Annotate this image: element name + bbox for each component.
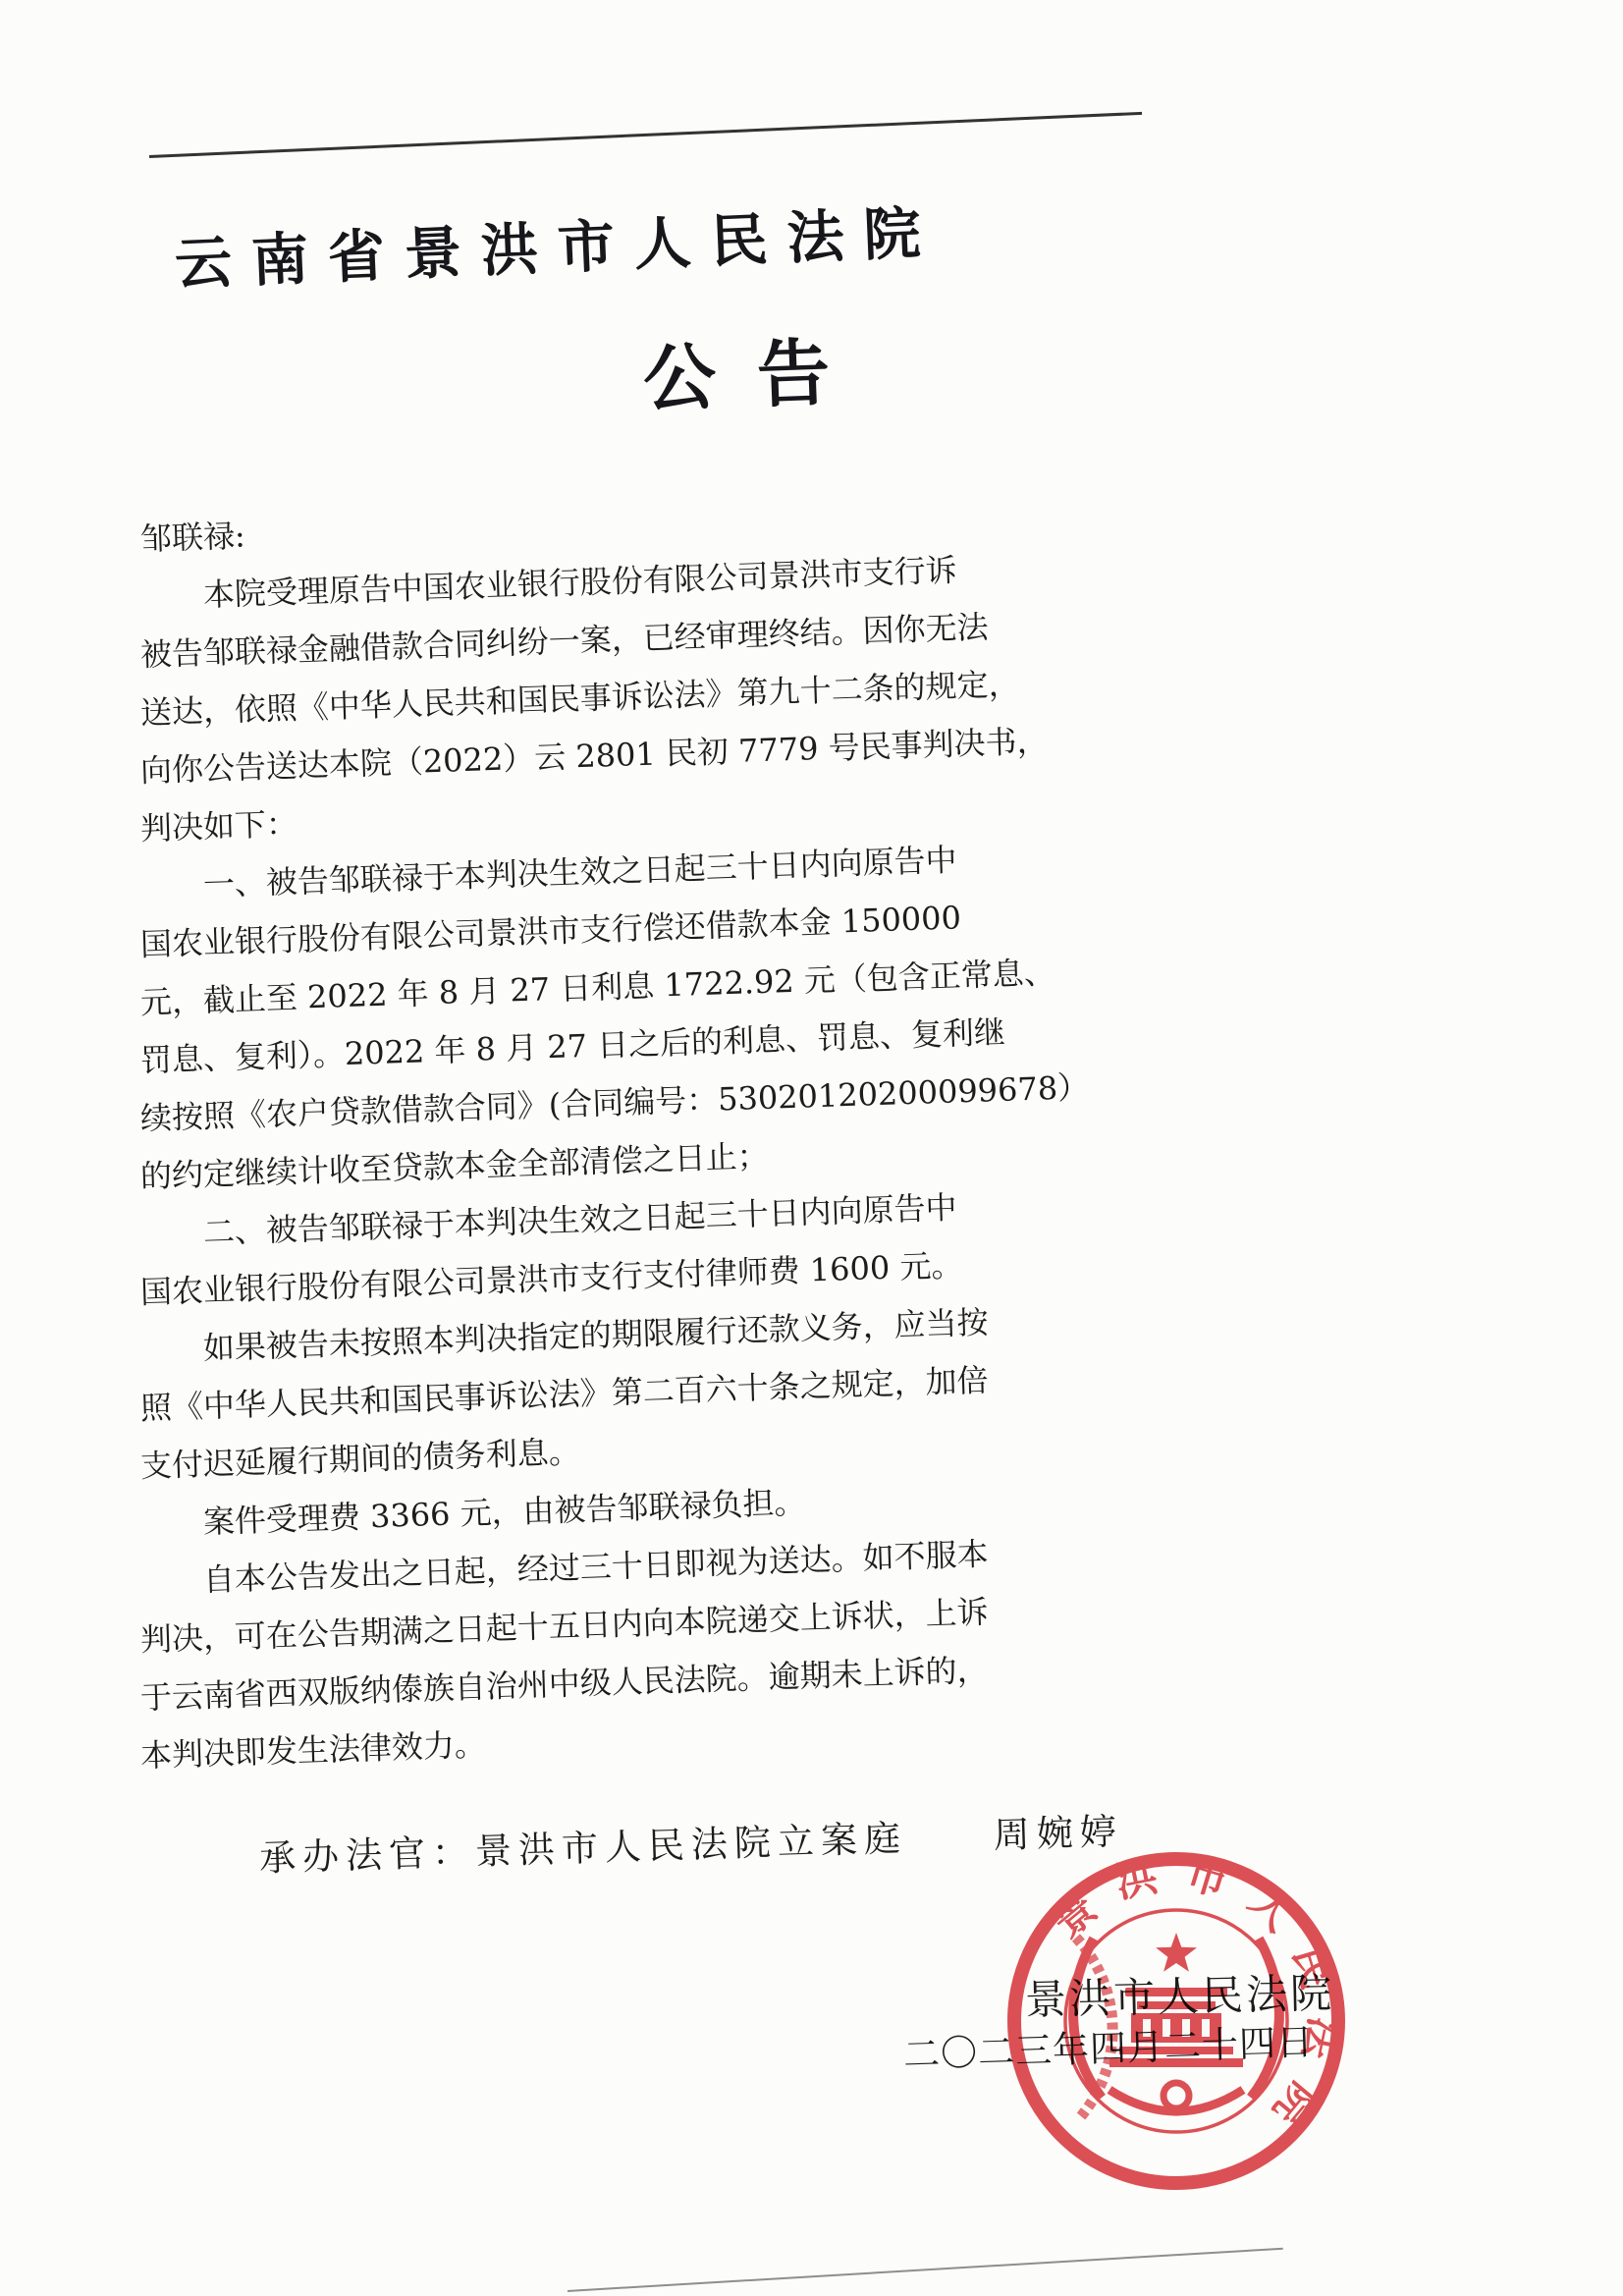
header-rule <box>149 112 1142 158</box>
scanned-court-announcement: 云南省景洪市人民法院 公告 邹联禄: 本院受理原告中国农业银行股份有限公司景洪市… <box>0 0 1623 2296</box>
notice-title: 公告 <box>641 314 873 426</box>
announcement-body: 邹联禄: 本院受理原告中国农业银行股份有限公司景洪市支行诉被告邹联禄金融借款合同… <box>140 511 1004 1785</box>
body-lines: 本院受理原告中国农业银行股份有限公司景洪市支行诉被告邹联禄金融借款合同纠纷一案，… <box>140 569 1004 1785</box>
court-seal-stamp: 景洪市人民法院 <box>1000 1844 1353 2198</box>
court-title: 云南省景洪市人民法院 <box>173 186 942 301</box>
judge-line: 承办法官：景洪市人民法院立案庭 周婉婷 <box>258 1801 1123 1882</box>
footer-rule <box>568 2248 1283 2292</box>
